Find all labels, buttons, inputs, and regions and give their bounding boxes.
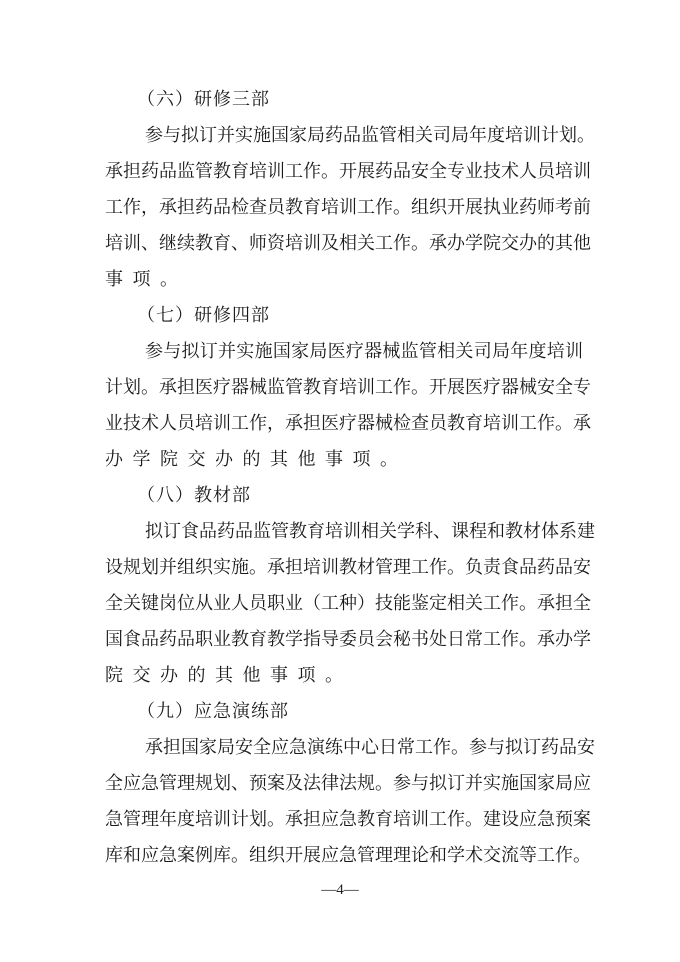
text-line: 全关键岗位从业人员职业（工种）技能鉴定相关工作。承担全 <box>105 586 583 622</box>
section-heading-8: （八）教材部 <box>105 478 583 514</box>
text-line: 国食品药品职业教育教学指导委员会秘书处日常工作。承办学 <box>105 622 583 658</box>
text-line: 计划。承担医疗器械监管教育培训工作。开展医疗器械安全专 <box>105 370 583 406</box>
text-line: 院交办的其他事项。 <box>105 658 583 694</box>
section-heading-7: （七）研修四部 <box>105 298 583 334</box>
text-line: 培训、继续教育、师资培训及相关工作。承办学院交办的其他 <box>105 226 583 262</box>
text-line: 急管理年度培训计划。承担应急教育培训工作。建设应急预案 <box>105 802 583 838</box>
text-line: 参与拟订并实施国家局药品监管相关司局年度培训计划。 <box>105 118 583 154</box>
text-line: 办学院交办的其他事项。 <box>105 442 583 478</box>
text-line: 拟订食品药品监管教育培训相关学科、课程和教材体系建 <box>105 514 583 550</box>
text-line: 承担药品监管教育培训工作。开展药品安全专业技术人员培训 <box>105 154 583 190</box>
section-body-9: 承担国家局安全应急演练中心日常工作。参与拟订药品安 全应急管理规划、预案及法律法… <box>105 730 583 874</box>
text-line: 承担国家局安全应急演练中心日常工作。参与拟订药品安 <box>105 730 583 766</box>
section-body-6: 参与拟订并实施国家局药品监管相关司局年度培训计划。 承担药品监管教育培训工作。开… <box>105 118 583 298</box>
text-line: 事项。 <box>105 262 583 298</box>
text-line: 参与拟订并实施国家局医疗器械监管相关司局年度培训 <box>105 334 583 370</box>
page-number: —4— <box>0 882 680 899</box>
section-heading-9: （九）应急演练部 <box>105 694 583 730</box>
text-line: 设规划并组织实施。承担培训教材管理工作。负责食品药品安 <box>105 550 583 586</box>
text-line: 业技术人员培训工作，承担医疗器械检查员教育培训工作。承 <box>105 406 583 442</box>
document-page: （六）研修三部 参与拟订并实施国家局药品监管相关司局年度培训计划。 承担药品监管… <box>105 82 583 874</box>
text-line: 工作，承担药品检查员教育培训工作。组织开展执业药师考前 <box>105 190 583 226</box>
text-line: 全应急管理规划、预案及法律法规。参与拟订并实施国家局应 <box>105 766 583 802</box>
section-body-7: 参与拟订并实施国家局医疗器械监管相关司局年度培训 计划。承担医疗器械监管教育培训… <box>105 334 583 478</box>
section-body-8: 拟订食品药品监管教育培训相关学科、课程和教材体系建 设规划并组织实施。承担培训教… <box>105 514 583 694</box>
text-line: 库和应急案例库。组织开展应急管理理论和学术交流等工作。 <box>105 838 583 874</box>
section-heading-6: （六）研修三部 <box>105 82 583 118</box>
